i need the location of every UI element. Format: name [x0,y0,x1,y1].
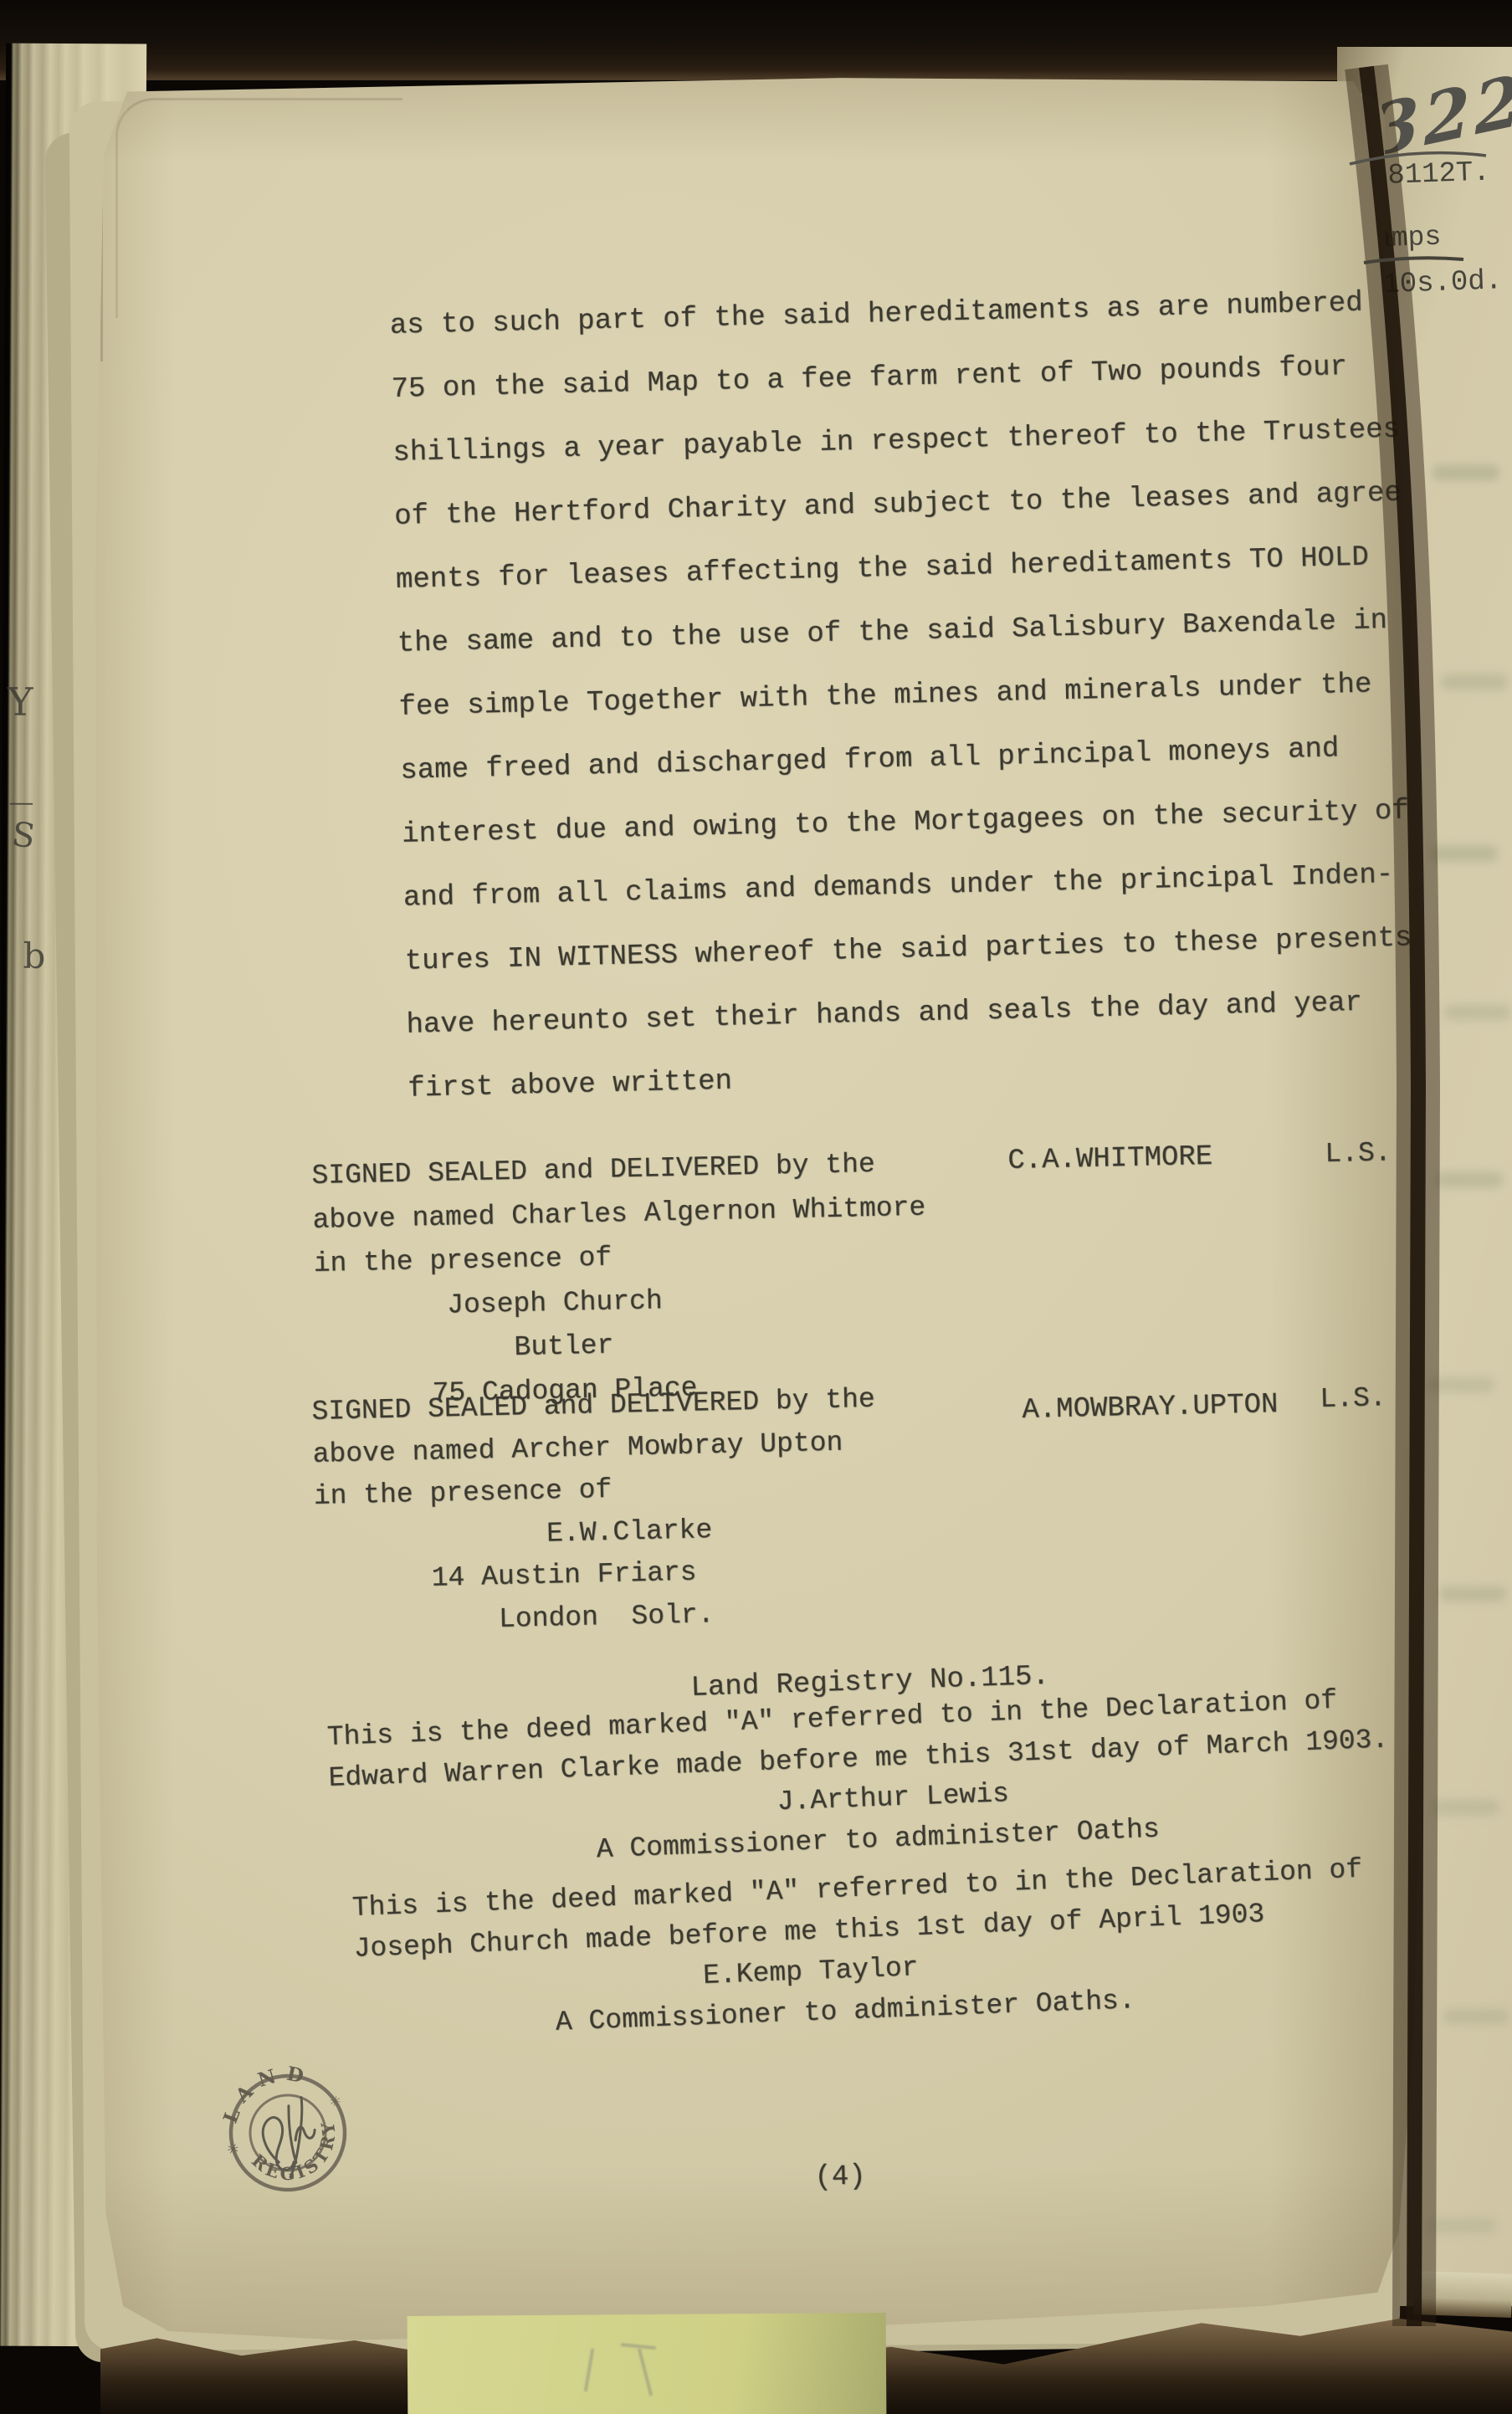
photograph-of-deed-page: Y — S b 3225 .8112T. amps .10s.0d. as to… [0,0,1512,2414]
stamp-star-right: ✳ [323,2091,345,2111]
margin-letter-fragment: S [9,815,38,856]
ghost-text-impressions [1433,465,1499,480]
pencil-mark [584,2349,595,2392]
declaration-clarke: This is the deed marked "A" referred to … [326,1679,1392,1880]
signature-upton: A.MOWBRAY.UPTON [1022,1389,1279,1427]
seal-initials-ls: L.S. [1325,1137,1392,1170]
page-number: (4) [814,2160,866,2194]
sticky-note [407,2313,887,2414]
pencil-mark [638,2348,653,2396]
deed-page: as to such part of the said hereditament… [94,71,1428,2347]
margin-letter-fragment: — [8,788,33,817]
margin-letter-fragment: b [23,935,45,976]
adjacent-page-bottom-edge [1413,2271,1512,2318]
margin-letter-fragment: Y [8,679,33,725]
seal-initials-ls: L.S. [1320,1382,1386,1415]
stamp-arc-top-text: LAND [207,2045,321,2133]
land-registry-circular-stamp: LAND ✳ ✳ REGISTRY [184,2029,392,2237]
signature-whitmore: C.A.WHITMORE [1007,1141,1213,1177]
deed-body-paragraph: as to such part of the said hereditament… [389,270,1433,1121]
attestation-clause-upton: SIGNED SEALED and DELIVERED by theabove … [311,1379,880,1645]
dark-background-top [0,0,1512,80]
attestation-clause-whitmore: SIGNED SEALED and DELIVERED by theabove … [311,1142,930,1418]
stacked-page-corner-line [115,98,402,318]
declaration-church: This is the deed marked "A" referred to … [351,1850,1368,2051]
typed-reference-number: .8112T. [1370,157,1490,193]
